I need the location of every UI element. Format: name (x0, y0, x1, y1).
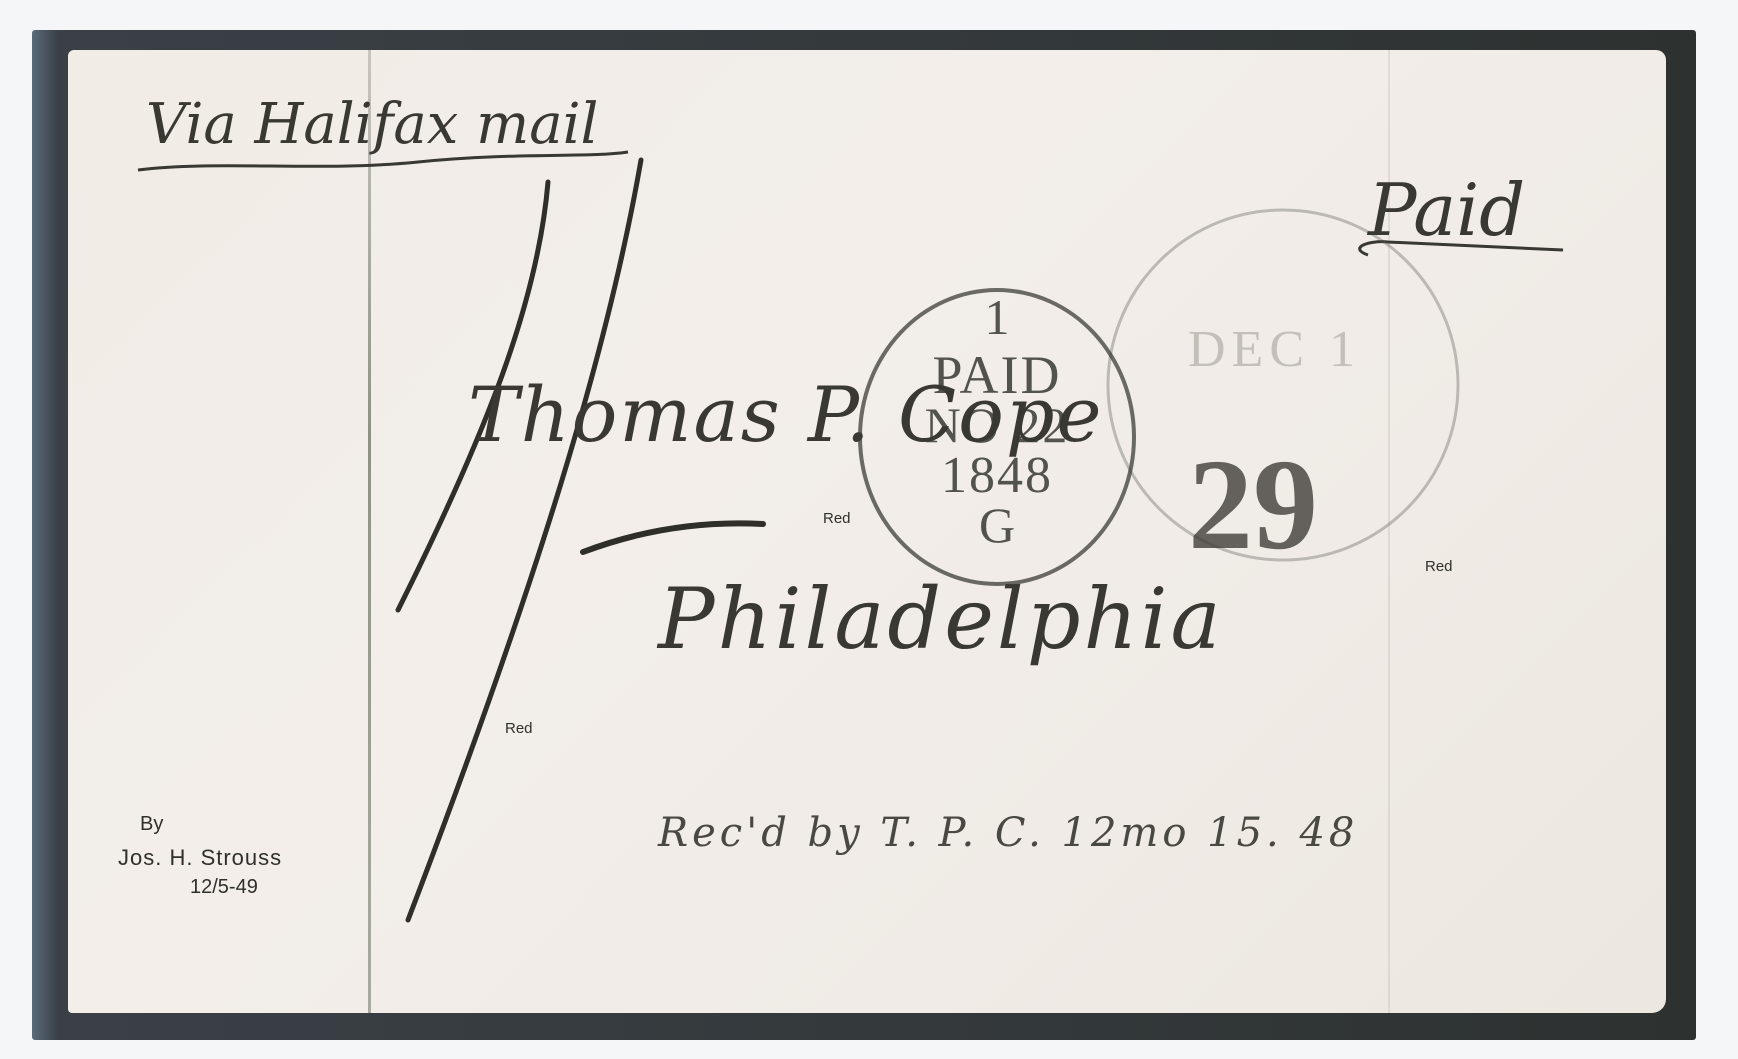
docketing-note: Rec'd by T. P. C. 12mo 15. 48 (658, 810, 1358, 856)
route-notation: Via Halifax mail (146, 92, 598, 157)
postmark-top-numeral: 1 (862, 288, 1132, 346)
faint-postmark-text: DEC 1 (1188, 320, 1361, 379)
letter-cover: Via Halifax mail Paid Thomas P. Cope Phi… (68, 50, 1666, 1013)
attribution-name: Jos. H. Strouss (118, 845, 282, 871)
red-label-center: Red (823, 510, 851, 527)
red-label-left: Red (505, 720, 533, 737)
red-label-right: Red (1425, 558, 1453, 575)
attribution-by: By (140, 813, 163, 836)
attribution-date: 12/5-49 (190, 876, 258, 899)
postmark-letter: G (862, 496, 1132, 554)
paid-postmark: 1 PAID NO 22 1848 G (858, 288, 1136, 586)
paid-notation: Paid (1368, 168, 1525, 252)
addressee-city: Philadelphia (658, 570, 1224, 668)
rate-numeral: 29 (1188, 430, 1318, 580)
